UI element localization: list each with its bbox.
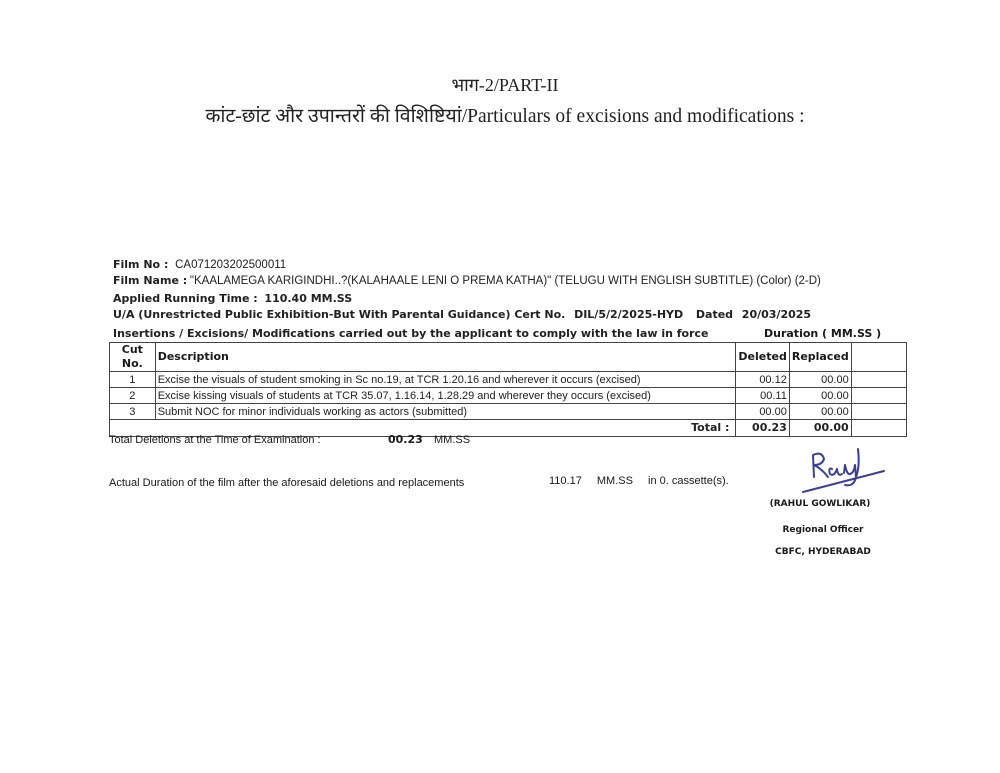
cut-no-cell: 2 [110, 388, 156, 404]
column-header-cut-no: Cut No. [110, 343, 156, 372]
replaced-cell: 00.00 [789, 372, 851, 388]
running-time-value: 110.40 MM.SS [264, 292, 352, 305]
film-no-value: CA071203202500011 [175, 259, 286, 271]
table-row: 3 Submit NOC for minor individuals worki… [110, 404, 907, 420]
cert-no-value: DIL/5/2/2025-HYD [574, 308, 683, 321]
film-no-line: Film No : CA071203202500011 [113, 258, 286, 271]
cut-no-cell: 1 [110, 372, 156, 388]
empty-cell [851, 388, 906, 404]
signature-icon [800, 447, 890, 497]
cut-no-cell: 3 [110, 404, 156, 420]
replaced-cell: 00.00 [789, 388, 851, 404]
film-name-line: Film Name : "KAALAMEGA KARIGINDHI..?(KAL… [113, 274, 821, 287]
certificate-category: U/A (Unrestricted Public Exhibition-But … [113, 308, 565, 321]
total-deletions-unit: MM.SS [434, 434, 470, 446]
signatory-name: (RAHUL GOWLIKAR) [760, 499, 880, 509]
film-no-label: Film No : [113, 258, 168, 271]
table-row: 2 Excise kissing visuals of students at … [110, 388, 907, 404]
total-deleted: 00.23 [736, 420, 789, 437]
total-replaced: 00.00 [789, 420, 851, 437]
column-header-deleted: Deleted [736, 343, 789, 372]
actual-duration-line: 110.17 MM.SS in 0. cassette(s). [549, 475, 741, 487]
empty-cell [851, 420, 906, 437]
part-title: भाग-2/PART-II [0, 73, 1000, 97]
column-header-replaced: Replaced [789, 343, 851, 372]
table-row: 1 Excise the visuals of student smoking … [110, 372, 907, 388]
description-cell: Submit NOC for minor individuals working… [155, 404, 736, 420]
deleted-cell: 00.11 [736, 388, 789, 404]
deleted-cell: 00.12 [736, 372, 789, 388]
empty-cell [851, 404, 906, 420]
cuts-heading: Insertions / Excisions/ Modifications ca… [113, 327, 709, 340]
empty-header-cell [851, 343, 906, 372]
certificate-line: U/A (Unrestricted Public Exhibition-But … [113, 308, 811, 321]
actual-duration-value: 110.17 [549, 475, 582, 487]
dated-label: Dated [696, 308, 733, 321]
film-name-label: Film Name : [113, 274, 187, 287]
signatory-title: Regional Officer [763, 525, 883, 535]
deleted-cell: 00.00 [736, 404, 789, 420]
column-header-description: Description [155, 343, 736, 372]
signatory-office: CBFC, HYDERABAD [763, 547, 883, 557]
description-cell: Excise kissing visuals of students at TC… [155, 388, 736, 404]
duration-heading: Duration ( MM.SS ) [764, 327, 881, 340]
dated-value: 20/03/2025 [742, 308, 811, 321]
document-page: भाग-2/PART-II कांट-छांट और उपान्तरों की … [0, 0, 1000, 773]
cuts-table: Cut No. Description Deleted Replaced 1 E… [109, 342, 907, 437]
running-time-line: Applied Running Time : 110.40 MM.SS [113, 292, 352, 305]
description-cell: Excise the visuals of student smoking in… [155, 372, 736, 388]
section-title: कांट-छांट और उपान्तरों की विशिष्टियां/Pa… [0, 101, 1000, 128]
running-time-label: Applied Running Time : [113, 292, 258, 305]
replaced-cell: 00.00 [789, 404, 851, 420]
total-deletions-value: 00.23 [388, 433, 423, 446]
total-deletions-label: Total Deletions at the Time of Examinati… [109, 434, 321, 446]
actual-duration-label: Actual Duration of the film after the af… [109, 477, 464, 489]
total-deletions-line: Total Deletions at the Time of Examinati… [109, 434, 321, 446]
cassette-text: in 0. cassette(s). [648, 475, 729, 487]
actual-duration-unit: MM.SS [597, 475, 633, 487]
film-name-value: "KAALAMEGA KARIGINDHI..?(KALAHAALE LENI … [190, 275, 821, 287]
table-header-row: Cut No. Description Deleted Replaced [110, 343, 907, 372]
empty-cell [851, 372, 906, 388]
